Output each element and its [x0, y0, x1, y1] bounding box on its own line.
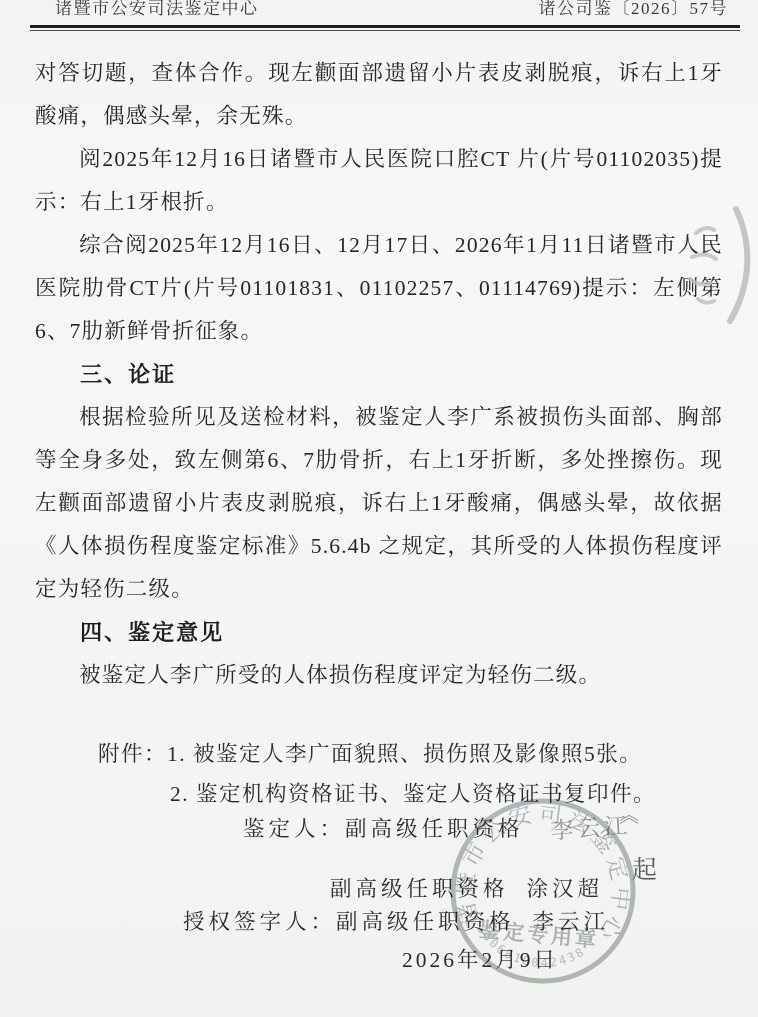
authorized-signatory-row: 授权签字人：副高级任职资格李云江: [183, 905, 609, 936]
attachment-line-1: 附件：1. 被鉴定人李广面貌照、损伤照及影像照5张。: [98, 737, 642, 768]
appraiser-signature-row: 鉴定人：副高级任职资格李云江: [243, 810, 631, 843]
section-heading-analysis: 三、论证: [35, 353, 723, 396]
document-page: 诸暨市公安司法鉴定中心 诸公司鉴〔2026〕57号 对答切题，查体合作。现左颧面…: [0, 0, 758, 1017]
appraiser2-name: 涂汉超: [527, 872, 604, 903]
paragraph-analysis: 根据检验所见及送检材料，被鉴定人李广系被损伤头面部、胸部等全身多处，致左侧第6、…: [35, 396, 723, 611]
appraiser2-title: 副高级任职资格: [330, 877, 509, 901]
header-doc-number: 诸公司鉴〔2026〕57号: [539, 0, 729, 19]
paragraph-exam-findings: 对答切题，查体合作。现左颧面部遗留小片表皮剥脱痕，诉右上1牙酸痛，偶感头晕，余无…: [35, 52, 723, 138]
paragraph-dental-ct: 阅2025年12月16日诸暨市人民医院口腔CT 片(片号01102035)提示：…: [35, 138, 723, 224]
appraiser-label: 鉴定人：: [243, 817, 345, 841]
appraiser2-signature-row: 副高级任职资格涂汉超: [330, 872, 603, 903]
header-org-name: 诸暨市公安司法鉴定中心: [55, 0, 259, 19]
authorized-name: 李云江: [533, 905, 610, 936]
header-divider-rule: [30, 25, 740, 31]
document-body: 对答切题，查体合作。现左颧面部遗留小片表皮剥脱痕，诉右上1牙酸痛，偶感头晕，余无…: [35, 52, 723, 697]
appraiser1-title: 副高级任职资格: [345, 817, 524, 841]
margin-note-qi: 起: [632, 850, 657, 886]
page-header: 诸暨市公安司法鉴定中心 诸公司鉴〔2026〕57号: [0, 0, 758, 18]
proofreader-caret-mark: 《: [616, 805, 645, 825]
paragraph-opinion: 被鉴定人李广所受的人体损伤程度评定为轻伤二级。: [35, 654, 723, 697]
attachment-line-2: 2. 鉴定机构资格证书、鉴定人资格证书复印件。: [170, 777, 656, 808]
section-heading-opinion: 四、鉴定意见: [35, 611, 723, 654]
authorized-label: 授权签字人：: [183, 910, 336, 934]
paragraph-rib-ct: 综合阅2025年12月16日、12月17日、2026年1月11日诸暨市人民医院肋…: [35, 224, 723, 353]
document-date: 2026年2月9日: [402, 943, 558, 974]
authorized-title: 副高级任职资格: [336, 910, 515, 934]
